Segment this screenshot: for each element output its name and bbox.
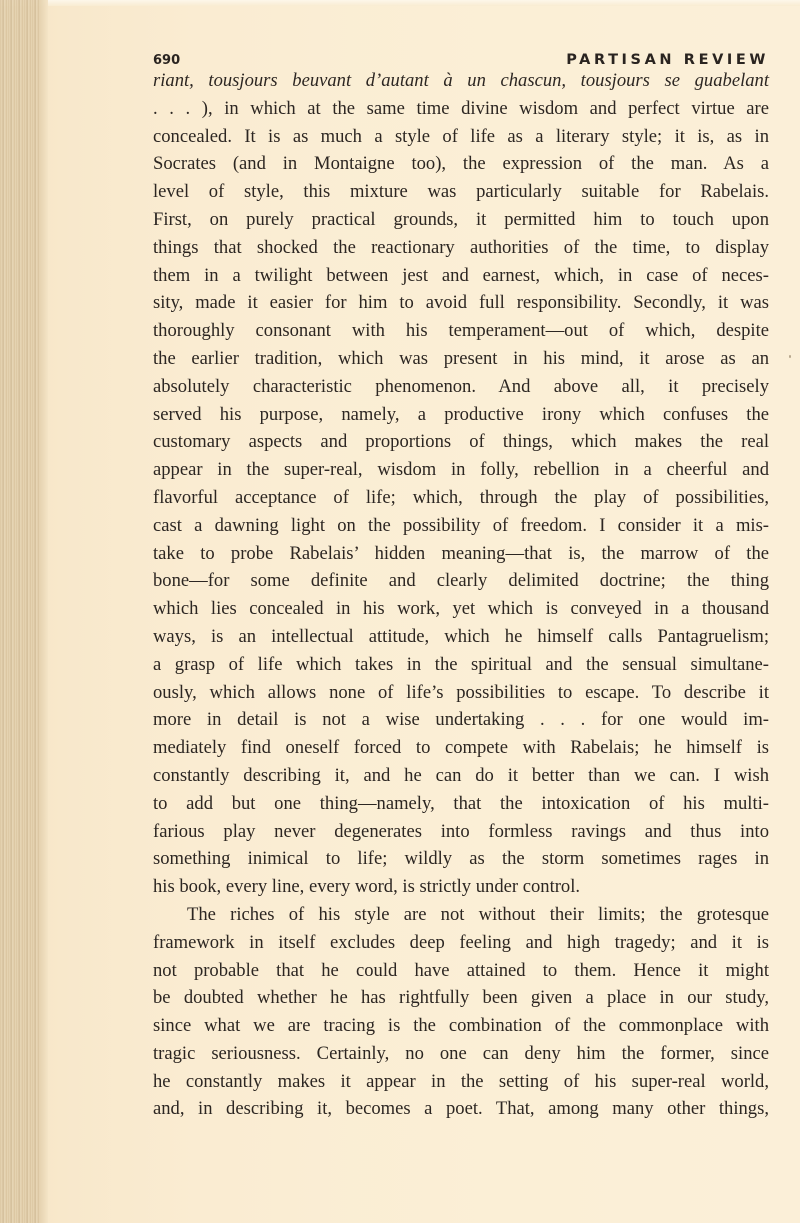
text-line: appear in the super-real, wisdom in foll…: [153, 456, 769, 484]
paper-speck: [620, 1105, 622, 1108]
text-line: constantly describing it, and he can do …: [153, 762, 769, 790]
text-line: Socrates (and in Montaigne too), the exp…: [153, 150, 769, 178]
journal-title: PARTISAN REVIEW: [566, 52, 769, 68]
text-line: framework in itself excludes deep feelin…: [153, 929, 769, 957]
text-line: mediately find oneself forced to compete…: [153, 734, 769, 762]
text-line: them in a twilight between jest and earn…: [153, 262, 769, 290]
paper-speck: [789, 355, 791, 358]
text-line: concealed. It is as much a style of life…: [153, 123, 769, 151]
text-line: farious play never degenerates into form…: [153, 818, 769, 846]
text-line: thoroughly consonant with his temperamen…: [153, 317, 769, 345]
text-line: to add but one thing—namely, that the in…: [153, 790, 769, 818]
body-text: riant, tousjours beuvant d’autant à un c…: [153, 67, 769, 1123]
text-line: level of style, this mixture was particu…: [153, 178, 769, 206]
text-line: he constantly makes it appear in the set…: [153, 1068, 769, 1096]
text-line: which lies concealed in his work, yet wh…: [153, 595, 769, 623]
text-line: sity, made it easier for him to avoid fu…: [153, 289, 769, 317]
text-line: cast a dawning light on the possibility …: [153, 512, 769, 540]
text-line: more in detail is not a wise undertaking…: [153, 706, 769, 734]
text-line: ways, is an intellectual attitude, which…: [153, 623, 769, 651]
page-number: 690: [153, 53, 180, 68]
paragraph-start-line: The riches of his style are not without …: [153, 901, 769, 929]
page-stack-edges: [0, 0, 40, 1223]
text-line: absolutely characteristic phenomenon. An…: [153, 373, 769, 401]
text-line: . . . ), in which at the same time divin…: [153, 95, 769, 123]
text-line: a grasp of life which takes in the spiri…: [153, 651, 769, 679]
text-line: customary aspects and proportions of thi…: [153, 428, 769, 456]
text-line: and, in describing it, becomes a poet. T…: [153, 1095, 769, 1123]
text-line: First, on purely practical grounds, it p…: [153, 206, 769, 234]
text-line: ously, which allows none of life’s possi…: [153, 679, 769, 707]
book-page: 690 PARTISAN REVIEW riant, tousjours beu…: [0, 0, 800, 1223]
text-line: something inimical to life; wildly as th…: [153, 845, 769, 873]
text-line: things that shocked the reactionary auth…: [153, 234, 769, 262]
text-line: served his purpose, namely, a productive…: [153, 401, 769, 429]
text-line: the earlier tradition, which was present…: [153, 345, 769, 373]
text-line: riant, tousjours beuvant d’autant à un c…: [153, 67, 769, 95]
text-line: take to probe Rabelais’ hidden meaning—t…: [153, 540, 769, 568]
text-line: be doubted whether he has rightfully bee…: [153, 984, 769, 1012]
text-line: not probable that he could have attained…: [153, 957, 769, 985]
paragraph-end-line: his book, every line, every word, is str…: [153, 873, 769, 901]
text-line: bone—for some definite and clearly delim…: [153, 567, 769, 595]
text-line: flavorful acceptance of life; which, thr…: [153, 484, 769, 512]
page-top-edge: [0, 0, 800, 6]
text-line: since what we are tracing is the combina…: [153, 1012, 769, 1040]
text-line: tragic seriousness. Certainly, no one ca…: [153, 1040, 769, 1068]
